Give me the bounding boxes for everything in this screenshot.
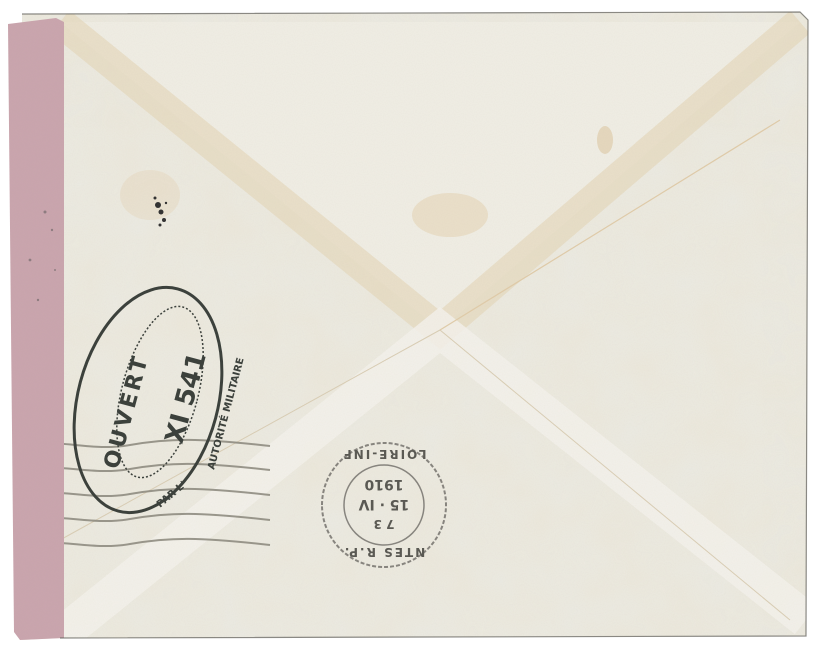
postmark-line3: 1910	[364, 476, 403, 492]
postmark-line1: 7 3	[374, 517, 395, 531]
postmark-top-text: LOIRE-INF	[341, 447, 426, 461]
envelope-svg: OUVERT XI 541 AUTORITÉ MILITAIRE PAR L' …	[0, 0, 817, 650]
postmark-line2: 15 · IV	[359, 496, 410, 512]
postmark-bottom-text: NTES R.P.	[343, 545, 425, 559]
envelope-photo: OUVERT XI 541 AUTORITÉ MILITAIRE PAR L' …	[0, 0, 817, 650]
censor-tape	[8, 18, 64, 640]
